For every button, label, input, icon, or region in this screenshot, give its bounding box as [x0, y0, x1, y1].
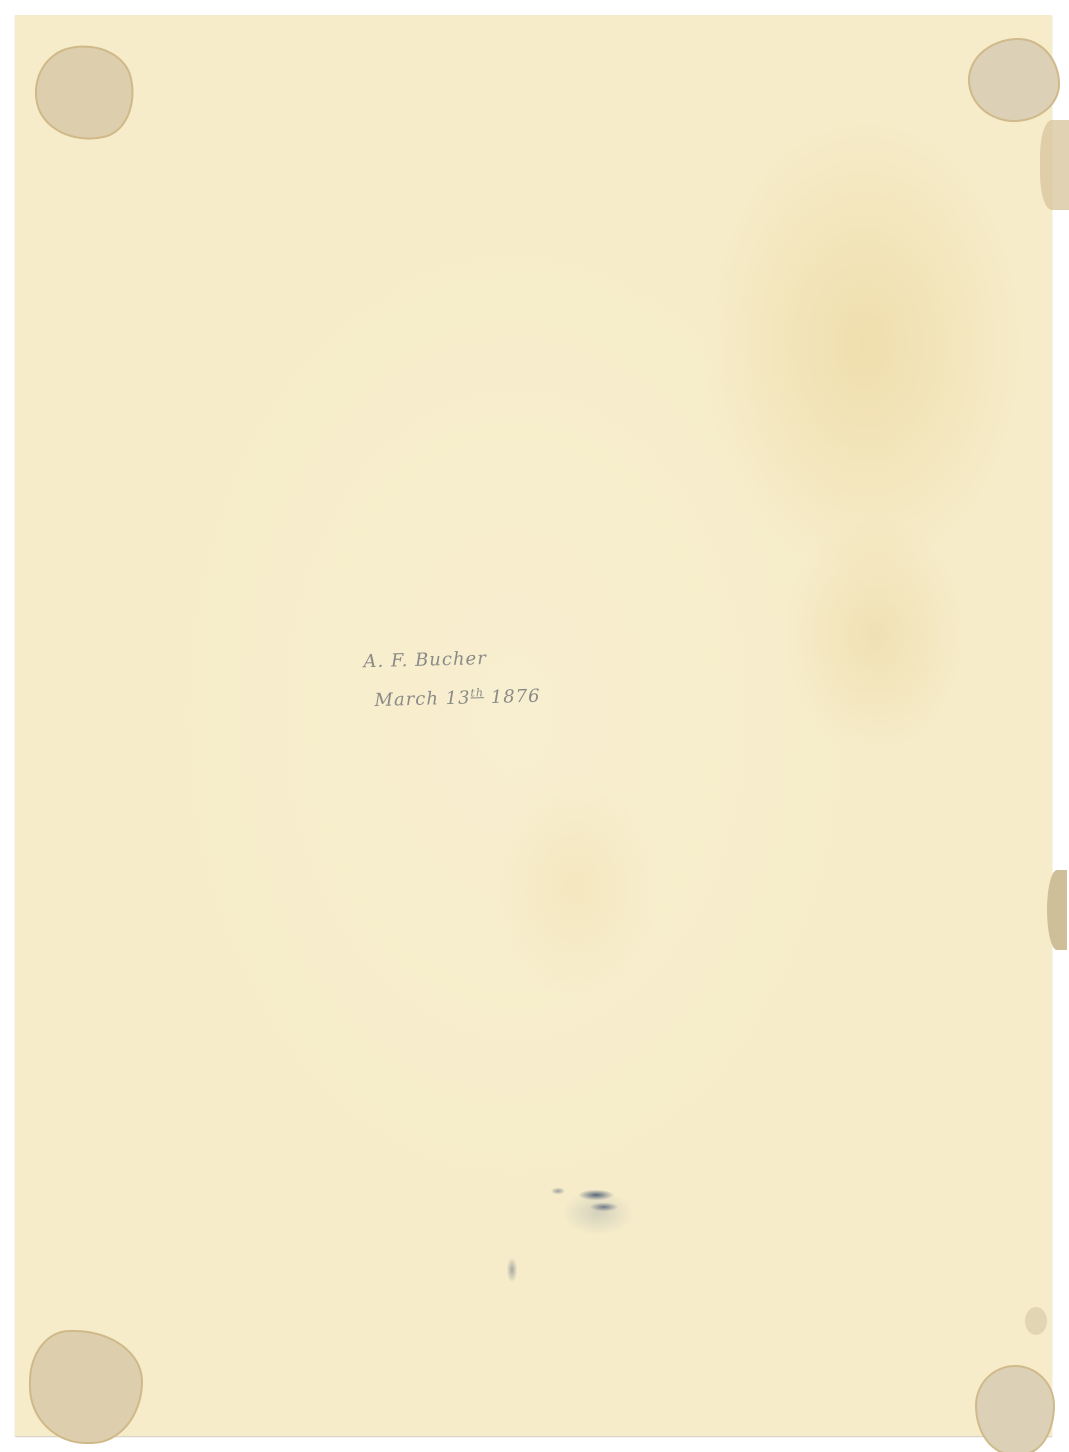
corner-stain-bottom-left — [29, 1330, 143, 1444]
corner-stain-bottom-right — [975, 1365, 1055, 1452]
inscription-date-day: March 13 — [374, 687, 471, 711]
inscription-date-year: 1876 — [491, 686, 541, 708]
edge-stain-top-right — [1040, 120, 1069, 210]
edge-stain-right-middle — [1047, 870, 1067, 950]
ink-trail — [500, 1250, 524, 1290]
inscription-date: March 13th 1876 — [360, 675, 541, 719]
ink-smudge — [548, 1185, 638, 1235]
pencil-inscription: A. F. Bucher March 13th 1876 — [359, 641, 541, 719]
paper-sheet — [15, 15, 1052, 1436]
inscription-name: A. F. Bucher — [359, 641, 540, 680]
corner-stain-top-right — [968, 38, 1060, 122]
inscription-date-ordinal: th — [470, 686, 484, 699]
small-stain-bottom-right — [1025, 1307, 1047, 1335]
corner-stain-top-left — [26, 36, 143, 150]
